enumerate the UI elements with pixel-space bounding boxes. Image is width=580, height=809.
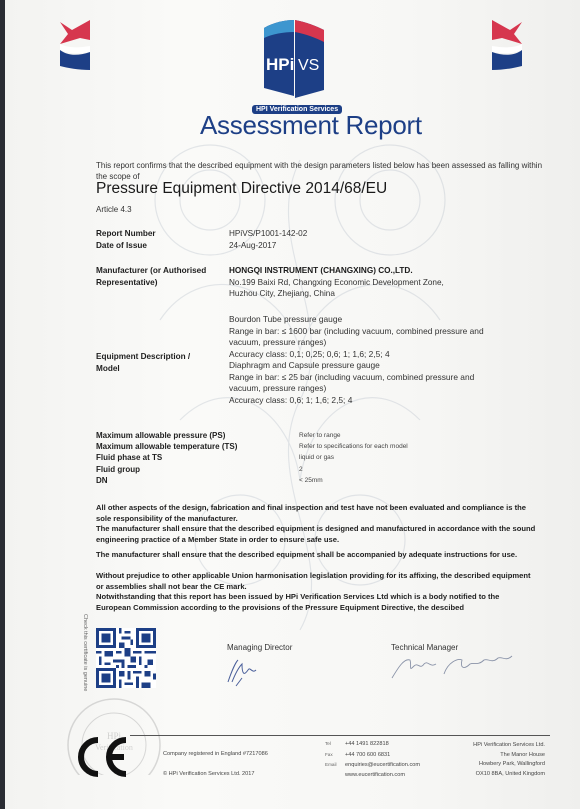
equipment-description: Bourdon Tube pressure gauge Range in bar…: [229, 314, 529, 406]
equipment-label-line1: Equipment Description /: [96, 352, 190, 361]
address-line: HPi Verification Services Ltd.: [440, 741, 545, 751]
report-number-value: HPiVS/P1001-142-02: [229, 228, 529, 240]
address-line: The Manor House: [440, 751, 545, 761]
intro-text: This report confirms that the described …: [96, 160, 546, 182]
qr-code[interactable]: [96, 628, 156, 688]
document-title: Assessment Report: [200, 110, 422, 141]
address-line: Howbery Park, Wallingford: [440, 760, 545, 770]
disclaimer-paragraph: All other aspects of the design, fabrica…: [96, 503, 536, 524]
spec-label: DN: [96, 475, 296, 486]
equipment-line: Accuracy class: 0,6; 1; 1,6; 2,5; 4: [229, 395, 352, 405]
spec-value: 2: [299, 464, 580, 475]
svg-text:HPi: HPi: [266, 55, 294, 74]
verify-text: Check this certificate is genuine: [82, 614, 88, 691]
address-line: OX10 8BA, United Kingdom: [440, 770, 545, 780]
footer-divider: [130, 735, 550, 736]
equipment-line: Bourdon Tube pressure gauge: [229, 314, 342, 324]
email-link[interactable]: enquiries@eucertification.com: [345, 762, 420, 768]
copyright: © HPi Verification Services Ltd. 2017: [163, 770, 255, 780]
manufacturer-label-line2: Representative): [96, 278, 157, 287]
equipment-line: Accuracy class: 0,1; 0,25; 0,6; 1; 1,6; …: [229, 349, 390, 359]
email-label: Email: [325, 760, 345, 770]
manufacturer-address-line1: No.199 Baixi Rd, Changxing Economic Deve…: [229, 278, 444, 287]
date-of-issue-value: 24-Aug-2017: [229, 240, 529, 252]
company-registration: Company registered in England #7217086: [163, 750, 268, 760]
spec-label: Fluid phase at TS: [96, 452, 296, 463]
hpivs-logo: HPi VS: [262, 18, 326, 100]
spec-value: < 25mm: [299, 475, 580, 486]
report-number-label: Report Number: [96, 228, 226, 240]
flag-ribbon-icon: [490, 18, 524, 72]
equipment-label-line2: Model: [96, 364, 120, 373]
flag-ribbon-icon: [58, 18, 92, 72]
svg-text:VS: VS: [298, 57, 319, 74]
equipment-label: Equipment Description / Model: [96, 351, 226, 374]
spec-label: Fluid group: [96, 464, 296, 475]
managing-director-label: Managing Director: [227, 643, 292, 652]
tel-label: Tel: [325, 739, 345, 749]
technical-manager-label: Technical Manager: [391, 643, 458, 652]
disclaimer-paragraph: The manufacturer shall ensure that the d…: [96, 550, 536, 561]
spec-value: Refer to range: [299, 430, 580, 441]
disclaimer-paragraph: Without prejudice to other applicable Un…: [96, 571, 536, 592]
spec-label: Maximum allowable temperature (TS): [96, 441, 296, 452]
manufacturer-value: HONGQI INSTRUMENT (CHANGXING) CO.,LTD. N…: [229, 265, 529, 300]
managing-director-signature: [222, 656, 262, 688]
manufacturer-name: HONGQI INSTRUMENT (CHANGXING) CO.,LTD.: [229, 266, 413, 275]
fax-label: Fax: [325, 750, 345, 760]
fax-value: +44 700 600 6831: [345, 752, 390, 758]
spec-label: Maximum allowable pressure (PS): [96, 430, 296, 441]
equipment-line: vacuum, pressure ranges): [229, 383, 326, 393]
article-reference: Article 4.3: [96, 205, 132, 214]
equipment-line: Range in bar: ≤ 25 bar (including vacuum…: [229, 372, 474, 382]
spec-value: liquid or gas: [299, 452, 580, 463]
equipment-line: vacuum, pressure ranges): [229, 337, 326, 347]
manufacturer-label-line1: Manufacturer (or Authorised: [96, 266, 206, 275]
company-address: HPi Verification Services Ltd. The Manor…: [440, 741, 545, 779]
contact-block: Tel+44 1491 822818 Fax+44 700 600 6831 E…: [325, 739, 420, 780]
equipment-line: Diaphragm and Capsule pressure gauge: [229, 360, 380, 370]
disclaimer-paragraph: The manufacturer shall ensure that the d…: [96, 524, 536, 545]
tel-value: +44 1491 822818: [345, 741, 389, 747]
technical-manager-signature: [388, 652, 518, 682]
date-of-issue-label: Date of Issue: [96, 240, 226, 252]
ce-mark-icon: [74, 736, 130, 778]
equipment-line: Range in bar: ≤ 1600 bar (including vacu…: [229, 326, 484, 336]
spec-value: Refer to specifications for each model: [299, 441, 580, 452]
directive-title: Pressure Equipment Directive 2014/68/EU: [96, 180, 387, 198]
manufacturer-address-line2: Huzhou City, Zhejiang, China: [229, 289, 335, 298]
disclaimer-paragraph: Notwithstanding that this report has bee…: [96, 592, 536, 613]
website-link[interactable]: www.eucertification.com: [345, 772, 405, 778]
manufacturer-label: Manufacturer (or Authorised Representati…: [96, 265, 226, 288]
